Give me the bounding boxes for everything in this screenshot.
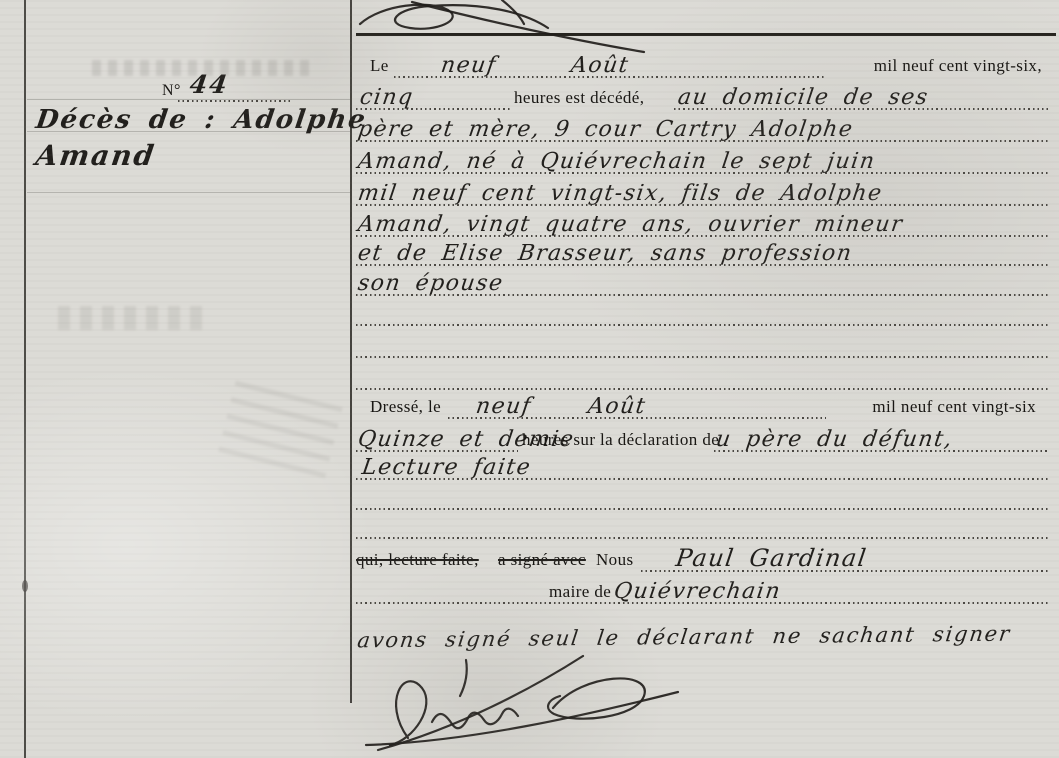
printed-year: mil neuf cent vingt-six <box>872 397 1036 417</box>
empty-ruled-line <box>356 326 1048 358</box>
printed-struck-qui: qui, lecture faite, <box>356 550 479 570</box>
handwritten-month: Août <box>586 394 648 419</box>
empty-ruled-line <box>356 507 1048 539</box>
handwritten-entry: et de Elise Brasseur, sans profession <box>356 241 854 266</box>
handwritten-domicile: au domicile de ses <box>676 85 930 110</box>
register-page-scan: N° 44 Décès de : Adolphe Amand Le neuf A… <box>0 0 1059 758</box>
rule-ink-blob <box>22 580 28 592</box>
handwritten-hour: cinq <box>358 85 415 110</box>
empty-ruled-line <box>356 478 1048 510</box>
handwritten-day: neuf <box>439 53 498 78</box>
act-number-label: N° <box>162 82 181 100</box>
printed-dresse: Dressé, le <box>370 397 441 417</box>
handwritten-month: Août <box>569 53 631 78</box>
act-line-5: mil neuf cent vingt-six, fils de Adolphe <box>356 174 1048 206</box>
act-line-1: Le neuf Août mil neuf cent vingt-six, <box>356 46 1048 78</box>
margin-guide-line <box>27 192 350 193</box>
printed-struck-signe: a signé avec <box>498 550 586 570</box>
handwritten-entry: mil neuf cent vingt-six, fils de Adolphe <box>356 181 884 206</box>
act-line-4: Amand, né à Quiévrechain le sept juin <box>356 142 1048 174</box>
printed-deces: heures est décédé, <box>514 88 644 108</box>
printed-declaration: heures sur la déclaration de <box>522 430 719 450</box>
dotted-rule <box>356 537 1048 539</box>
handwritten-mayor-name: Paul Gardinal <box>674 544 869 572</box>
handwritten-day: neuf <box>474 394 533 419</box>
handwritten-commune: Quiévrechain <box>612 579 783 604</box>
margin-title-line2: Amand <box>34 139 158 172</box>
handwritten-entry: père et mère, 9 cour Cartry Adolphe <box>356 117 855 142</box>
act-line-8: son épouse <box>356 264 1048 296</box>
dresse-line: Dressé, le neuf Août mil neuf cent vingt… <box>356 387 1048 419</box>
mayor-signature <box>348 650 698 758</box>
printed-maire: maire de <box>549 582 611 602</box>
act-line-6: Amand, vingt quatre ans, ouvrier mineur <box>356 205 1048 237</box>
handwritten-lecture: Lecture faite <box>360 455 533 480</box>
bleed-through-smudge <box>218 376 344 478</box>
printed-nous: Nous <box>596 550 634 570</box>
bleed-through-smudge <box>58 306 208 330</box>
act-line-7: et de Elise Brasseur, sans profession <box>356 234 1048 266</box>
printed-year: mil neuf cent vingt-six, <box>874 56 1042 76</box>
dotted-rule <box>178 100 290 102</box>
act-line-3: père et mère, 9 cour Cartry Adolphe <box>356 110 1048 142</box>
printed-le: Le <box>370 56 389 76</box>
empty-ruled-line <box>356 294 1048 326</box>
maire-line: maire de Quiévrechain <box>356 572 1048 604</box>
margin-title-line1: Décès de : Adolphe <box>34 105 369 135</box>
handwritten-entry: Amand, né à Quiévrechain le sept juin <box>356 149 877 174</box>
closing-line: avons signé seul le déclarant ne sachant… <box>356 615 1048 649</box>
act-line-2: cinq heures est décédé, au domicile de s… <box>356 78 1048 110</box>
act-number-value: 44 <box>188 70 231 99</box>
lecture-line: Lecture faite <box>356 448 1048 480</box>
handwritten-closing: avons signé seul le déclarant ne sachant… <box>356 622 1013 653</box>
handwritten-entry: son épouse <box>356 271 505 296</box>
signature-clause-line: qui, lecture faite, a signé avec Nous Pa… <box>356 540 1048 572</box>
empty-ruled-line <box>356 358 1048 390</box>
binding-rule <box>24 0 26 758</box>
